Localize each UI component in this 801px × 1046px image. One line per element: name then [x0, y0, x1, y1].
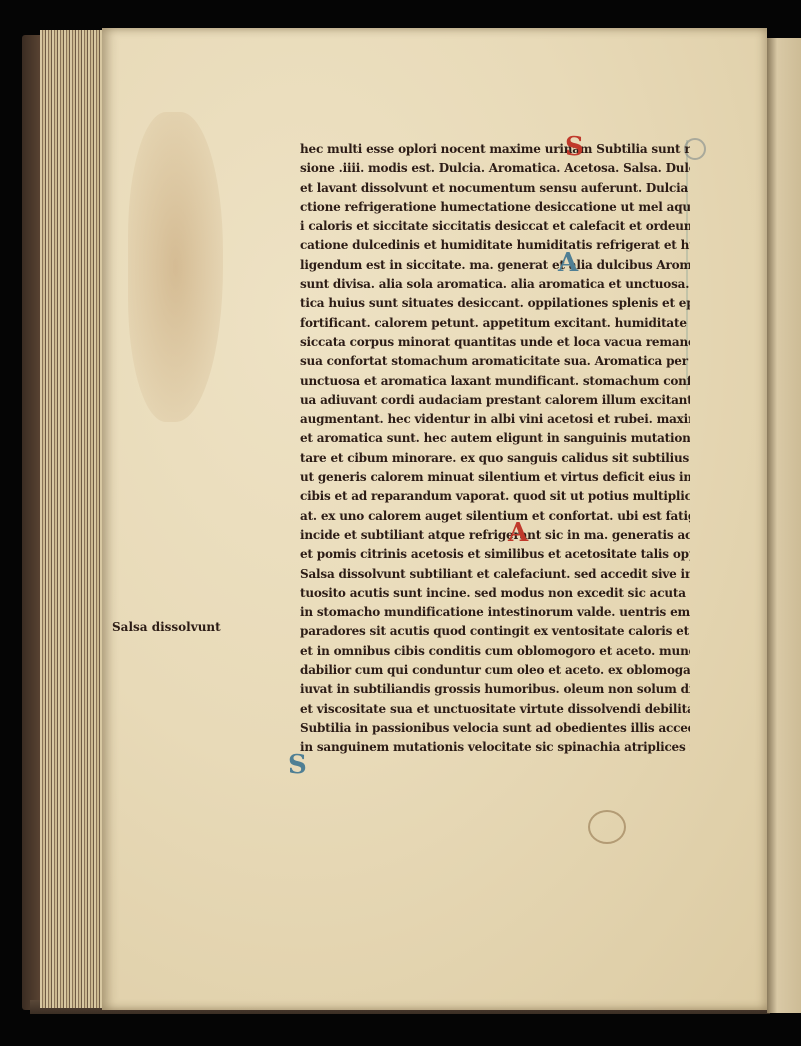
text-line: et aromatica sunt. hec autem eligunt in …	[300, 429, 690, 448]
decorated-initial: S	[288, 750, 307, 780]
text-line: in stomacho mundificatione intestinorum …	[300, 603, 690, 622]
text-line: ligendum est in siccitate. ma. generat e…	[300, 256, 690, 275]
decorated-initial: S	[565, 132, 584, 162]
ring-stain	[588, 810, 626, 844]
decorated-initial: A	[558, 248, 578, 278]
text-line: tuosito acutis sunt incine. sed modus no…	[300, 584, 690, 603]
text-line: paradores sit acutis quod contingit ex v…	[300, 622, 690, 641]
text-line: dabilior cum qui conduntur cum oleo et a…	[300, 661, 690, 680]
text-line: Subtilia in passionibus velocia sunt ad …	[300, 719, 690, 738]
text-line: in sanguinem mutationis velocitate sic s…	[300, 738, 690, 757]
text-line: Salsa dissolvunt subtiliant et calefaciu…	[300, 565, 690, 584]
text-line: ctione refrigeratione humectatione desic…	[300, 198, 690, 217]
water-stain	[128, 112, 223, 422]
text-column: hec multi esse oplori nocent maxime urin…	[300, 140, 690, 758]
marginal-annotation: Salsa dissolvunt	[112, 620, 221, 634]
text-line: ut generis calorem minuat silentium et v…	[300, 468, 690, 487]
text-line: i caloris et siccitate siccitatis desicc…	[300, 217, 690, 236]
text-line: ua adiuvant cordi audaciam prestant calo…	[300, 391, 690, 410]
text-line: tare et cibum minorare. ex quo sanguis c…	[300, 449, 690, 468]
text-line: unctuosa et aromatica laxant mundificant…	[300, 372, 690, 391]
text-line: fortificant. calorem petunt. appetitum e…	[300, 314, 690, 333]
text-line: sua confortat stomachum aromaticitate su…	[300, 352, 690, 371]
text-line: augmentant. hec videntur in albi vini ac…	[300, 410, 690, 429]
text-line: et lavant dissolvunt et nocumentum sensu…	[300, 179, 690, 198]
text-line: sunt divisa. alia sola aromatica. alia a…	[300, 275, 690, 294]
text-line: et viscositate sua et unctuositate virtu…	[300, 700, 690, 719]
text-line: incide et subtiliant atque refrigerant s…	[300, 526, 690, 545]
text-line: tica huius sunt situates desiccant. oppi…	[300, 294, 690, 313]
text-line: et in omnibus cibis conditis cum oblomog…	[300, 642, 690, 661]
decorated-initial: A	[508, 518, 528, 548]
text-line: at. ex uno calorem auget silentium et co…	[300, 507, 690, 526]
facing-page-edge	[767, 38, 801, 1013]
text-line: catione dulcedinis et humiditate humidit…	[300, 236, 690, 255]
text-line: hec multi esse oplori nocent maxime urin…	[300, 140, 690, 159]
text-line: cibis et ad reparandum vaporat. quod sit…	[300, 487, 690, 506]
text-line: sione .iiii. modis est. Dulcia. Aromatic…	[300, 159, 690, 178]
text-line: et pomis citrinis acetosis et similibus …	[300, 545, 690, 564]
text-line: iuvat in subtiliandis grossis humoribus.…	[300, 680, 690, 699]
text-line: siccata corpus minorat quantitas unde et…	[300, 333, 690, 352]
